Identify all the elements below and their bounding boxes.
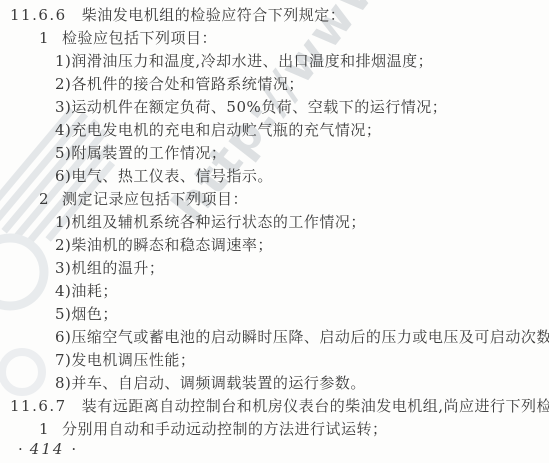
section-title: 柴油发电机组的检验应符合下列规定： <box>82 6 346 24</box>
section-heading-11-6-7: 11.6.7装有远距离自动控制台和机房仪表台的柴油发电机组,尚应进行下列检验： <box>0 395 549 418</box>
footer-bullet-right: · <box>71 440 76 458</box>
sub-item: 6)压缩空气或蓄电池的启动瞬时压降、启动后的压力或电压及可启动次数； <box>0 326 549 349</box>
list-item: 2测定记录应包括下列项目： <box>0 188 549 211</box>
list-item: 1分别用自动和手动远动控制的方法进行试运转； <box>0 418 549 441</box>
sub-item: 5)烟色； <box>0 303 549 326</box>
page-number: 414 <box>30 440 65 458</box>
list-item-text: 检验应包括下列项目： <box>62 29 217 47</box>
list-item-number: 1 <box>39 27 49 50</box>
list-item: 1检验应包括下列项目： <box>0 27 549 50</box>
footer-bullet-left: · <box>18 440 23 458</box>
sub-item: 3)机组的温升； <box>0 257 549 280</box>
sub-item: 4)油耗； <box>0 280 549 303</box>
section-heading-11-6-6: 11.6.6柴油发电机组的检验应符合下列规定： <box>0 4 549 27</box>
sub-item: 6)电气、热工仪表、信号指示。 <box>0 165 549 188</box>
section-title: 装有远距离自动控制台和机房仪表台的柴油发电机组,尚应进行下列检验： <box>82 397 549 415</box>
list-item-number: 2 <box>39 188 49 211</box>
document-page: http://www 11.6.6柴油发电机组的检验应符合下列规定： 1检验应包… <box>0 0 549 463</box>
sub-item: 3)运动机件在额定负荷、50%负荷、空载下的运行情况； <box>0 96 549 119</box>
list-item-number: 1 <box>39 418 49 441</box>
list-item-text: 分别用自动和手动远动控制的方法进行试运转； <box>62 420 388 438</box>
sub-item: 5)附属装置的工作情况； <box>0 142 549 165</box>
sub-item: 2)各机件的接合处和管路系统情况； <box>0 73 549 96</box>
sub-item: 4)充电发电机的充电和启动贮气瓶的充气情况； <box>0 119 549 142</box>
sub-item: 1)润滑油压力和温度,冷却水进、出口温度和排烟温度； <box>0 50 549 73</box>
sub-item: 1)机组及辅机系统各种运行状态的工作情况； <box>0 211 549 234</box>
document-body: 11.6.6柴油发电机组的检验应符合下列规定： 1检验应包括下列项目： 1)润滑… <box>0 4 549 441</box>
sub-item: 2)柴油机的瞬态和稳态调速率； <box>0 234 549 257</box>
section-number: 11.6.7 <box>10 395 67 418</box>
sub-item: 7)发电机调压性能； <box>0 349 549 372</box>
list-item-text: 测定记录应包括下列项目： <box>62 190 248 208</box>
sub-item: 8)并车、自启动、调频调载装置的运行参数。 <box>0 372 549 395</box>
section-number: 11.6.6 <box>10 4 67 27</box>
page-footer: ·414· <box>18 441 76 457</box>
